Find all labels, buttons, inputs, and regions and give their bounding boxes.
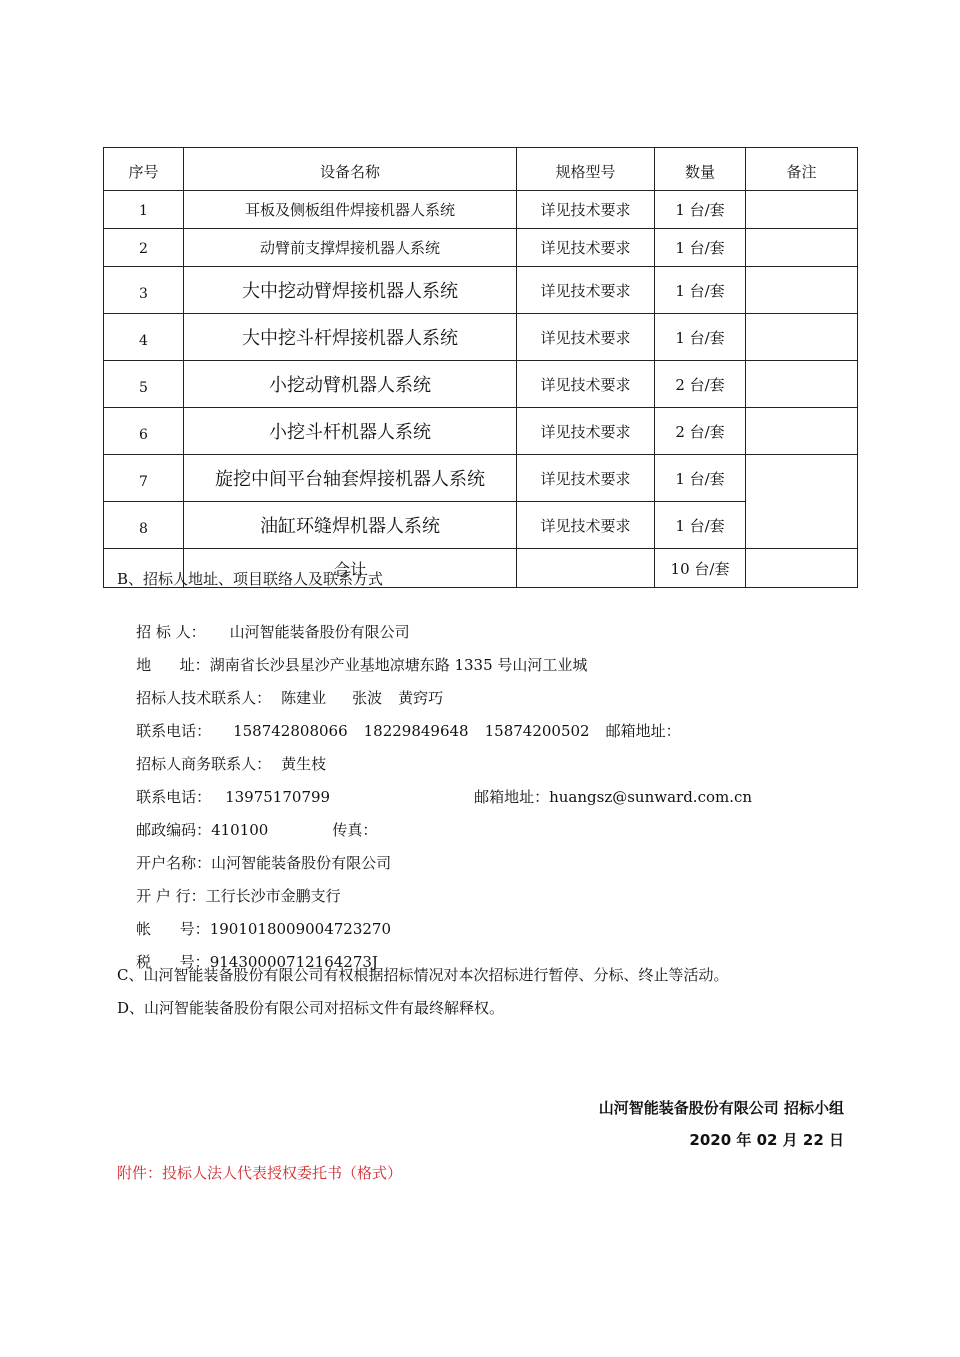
table-row: 6 小挖斗杆机器人系统 详见技术要求 2 台/套 (104, 408, 858, 455)
cell-name: 大中挖斗杆焊接机器人系统 (184, 314, 517, 361)
table-row: 4 大中挖斗杆焊接机器人系统 详见技术要求 1 台/套 (104, 314, 858, 361)
table-row: 3 大中挖动臂焊接机器人系统 详见技术要求 1 台/套 (104, 267, 858, 314)
cell-name: 小挖斗杆机器人系统 (184, 408, 517, 455)
cell-qty: 1 台/套 (655, 455, 746, 502)
total-remark (746, 549, 858, 588)
cell-seq: 5 (104, 361, 184, 408)
cell-qty: 1 台/套 (655, 191, 746, 229)
equipment-table: 序号 设备名称 规格型号 数量 备注 1 耳板及侧板组件焊接机器人系统 详见技术… (103, 147, 858, 588)
header-qty: 数量 (655, 148, 746, 191)
cell-qty: 1 台/套 (655, 314, 746, 361)
cell-spec: 详见技术要求 (517, 267, 655, 314)
cell-seq: 8 (104, 502, 184, 549)
cell-seq: 6 (104, 408, 184, 455)
cell-remark (746, 314, 858, 361)
biz-email-value[interactable]: huangsz@sunward.com.cn (549, 788, 752, 806)
total-qty: 10 台/套 (655, 549, 746, 588)
attachment-link[interactable]: 附件：投标人法人代表授权委托书（格式） (117, 1162, 402, 1183)
cell-seq: 1 (104, 191, 184, 229)
header-remark: 备注 (746, 148, 858, 191)
table-header-row: 序号 设备名称 规格型号 数量 备注 (104, 148, 858, 191)
table-row: 5 小挖动臂机器人系统 详见技术要求 2 台/套 (104, 361, 858, 408)
header-seq: 序号 (104, 148, 184, 191)
cell-qty: 1 台/套 (655, 267, 746, 314)
cell-remark (746, 267, 858, 314)
cell-name: 大中挖动臂焊接机器人系统 (184, 267, 517, 314)
biz-email-label: 邮箱地址： (474, 788, 549, 806)
section-c: C、山河智能装备股份有限公司有权根据招标情况对本次招标进行暂停、分标、终止等活动… (117, 965, 728, 985)
cell-spec: 详见技术要求 (517, 314, 655, 361)
signature-org: 山河智能装备股份有限公司 招标小组 (599, 1097, 844, 1118)
cell-remark (746, 229, 858, 267)
document-page: 序号 设备名称 规格型号 数量 备注 1 耳板及侧板组件焊接机器人系统 详见技术… (0, 0, 960, 1357)
cell-remark (746, 191, 858, 229)
cell-seq: 2 (104, 229, 184, 267)
cell-name: 耳板及侧板组件焊接机器人系统 (184, 191, 517, 229)
cell-name: 动臂前支撑焊接机器人系统 (184, 229, 517, 267)
section-b-heading: B、招标人地址、项目联络人及联系方式 (117, 569, 383, 589)
cell-spec: 详见技术要求 (517, 191, 655, 229)
cell-qty: 2 台/套 (655, 361, 746, 408)
cell-spec: 详见技术要求 (517, 502, 655, 549)
cell-qty: 2 台/套 (655, 408, 746, 455)
cell-remark (746, 361, 858, 408)
cell-seq: 3 (104, 267, 184, 314)
cell-spec: 详见技术要求 (517, 408, 655, 455)
cell-name: 旋挖中间平台轴套焊接机器人系统 (184, 455, 517, 502)
cell-name: 小挖动臂机器人系统 (184, 361, 517, 408)
header-spec: 规格型号 (517, 148, 655, 191)
cell-seq: 7 (104, 455, 184, 502)
tech-phone-3: 15874200502 (485, 722, 590, 740)
cell-seq: 4 (104, 314, 184, 361)
tech-phone-2: 18229849648 (364, 722, 469, 740)
signature-date: 2020 年 02 月 22 日 (689, 1129, 844, 1150)
cell-spec: 详见技术要求 (517, 455, 655, 502)
cell-qty: 1 台/套 (655, 229, 746, 267)
table-row: 1 耳板及侧板组件焊接机器人系统 详见技术要求 1 台/套 (104, 191, 858, 229)
total-spec (517, 549, 655, 588)
cell-spec: 详见技术要求 (517, 361, 655, 408)
cell-name: 油缸环缝焊机器人系统 (184, 502, 517, 549)
table-row: 7 旋挖中间平台轴套焊接机器人系统 详见技术要求 1 台/套 (104, 455, 858, 502)
table-row: 2 动臂前支撑焊接机器人系统 详见技术要求 1 台/套 (104, 229, 858, 267)
tech-email-label: 邮箱地址： (606, 722, 681, 740)
biz-email-line: 邮箱地址：huangsz@sunward.com.cn (455, 767, 752, 827)
cell-spec: 详见技术要求 (517, 229, 655, 267)
cell-remark (746, 408, 858, 455)
section-d: D、山河智能装备股份有限公司对招标文件有最终解释权。 (117, 998, 504, 1018)
table-row: 8 油缸环缝焊机器人系统 详见技术要求 1 台/套 (104, 502, 858, 549)
header-name: 设备名称 (184, 148, 517, 191)
cell-remark-merged (746, 455, 858, 549)
cell-qty: 1 台/套 (655, 502, 746, 549)
